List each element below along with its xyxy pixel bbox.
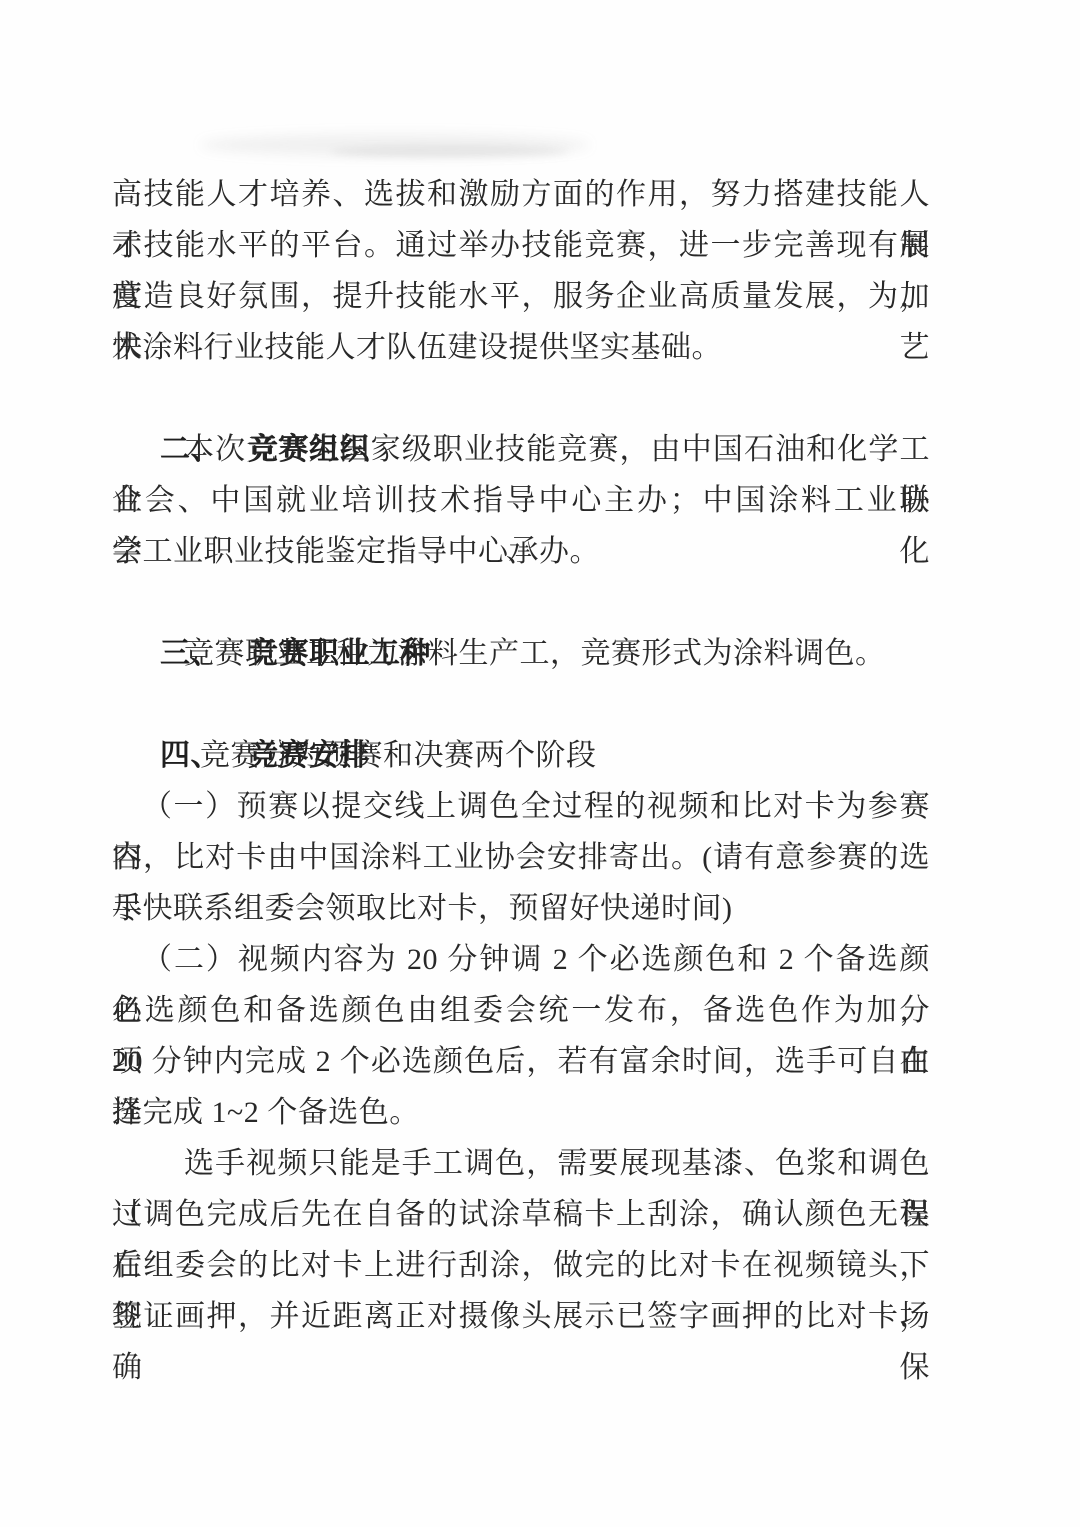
document-line: 容，比对卡由中国涂料工业协会安排寄出。(请有意参赛的选手 — [112, 832, 930, 883]
document-line: 尽快联系组委会领取比对卡，预留好快递时间) — [112, 883, 930, 934]
document-line: 签证画押，并近距离正对摄像头展示已签字画押的比对卡，确保 — [112, 1291, 930, 1342]
document-text-block: 高技能人才培养、选拔和激励方面的作用，努力搭建技能人才展 示技能水平的平台。通过… — [112, 169, 930, 1342]
document-line: 本次竞赛为国家级职业技能竞赛，由中国石油和化学工业联 — [112, 424, 930, 475]
document-line: 合会、中国就业培训技术指导中心主办；中国涂料工业协会、化 — [112, 475, 930, 526]
document-line: 在组委会的比对卡上进行刮涂，做完的比对卡在视频镜头下现场 — [112, 1240, 930, 1291]
document-line: 择完成 1~2 个备选色。 — [112, 1087, 930, 1138]
document-line: 高技能人才培养、选拔和激励方面的作用，努力搭建技能人才展 — [112, 169, 930, 220]
document-line: 20 分钟内完成 2 个必选颜色后，若有富余时间，选手可自由选 — [112, 1036, 930, 1087]
document-page: 高技能人才培养、选拔和激励方面的作用，努力搭建技能人才展 示技能水平的平台。通过… — [0, 0, 1080, 1527]
document-line: （调色完成后先在自备的试涂草稿卡上刮涂，确认颜色无误后， — [112, 1189, 930, 1240]
document-line: 竞赛分为预赛和决赛两个阶段 — [112, 730, 930, 781]
section-heading: 四、竞赛安排 — [112, 679, 930, 730]
document-line: 示技能水平的平台。通过举办技能竞赛，进一步完善现有制度， — [112, 220, 930, 271]
document-line: 必选颜色和备选颜色由组委会统一发布，备选色作为加分项：在 — [112, 985, 930, 1036]
scan-smudge — [330, 146, 570, 158]
document-line: （二）视频内容为 20 分钟调 2 个必选颜色和 2 个备选颜色， — [112, 934, 930, 985]
section-heading: 二、竞赛组织 — [112, 373, 930, 424]
document-line: 选手视频只能是手工调色，需要展现基漆、色浆和调色过程 — [112, 1138, 930, 1189]
document-line: 营造良好氛围，提升技能水平，服务企业高质量发展，为加快艺 — [112, 271, 930, 322]
document-line: 竞赛职业工种为涂料生产工，竞赛形式为涂料调色。 — [112, 628, 930, 679]
section-heading: 三、竞赛职业工种 — [112, 577, 930, 628]
document-line: （一）预赛以提交线上调色全过程的视频和比对卡为参赛内 — [112, 781, 930, 832]
